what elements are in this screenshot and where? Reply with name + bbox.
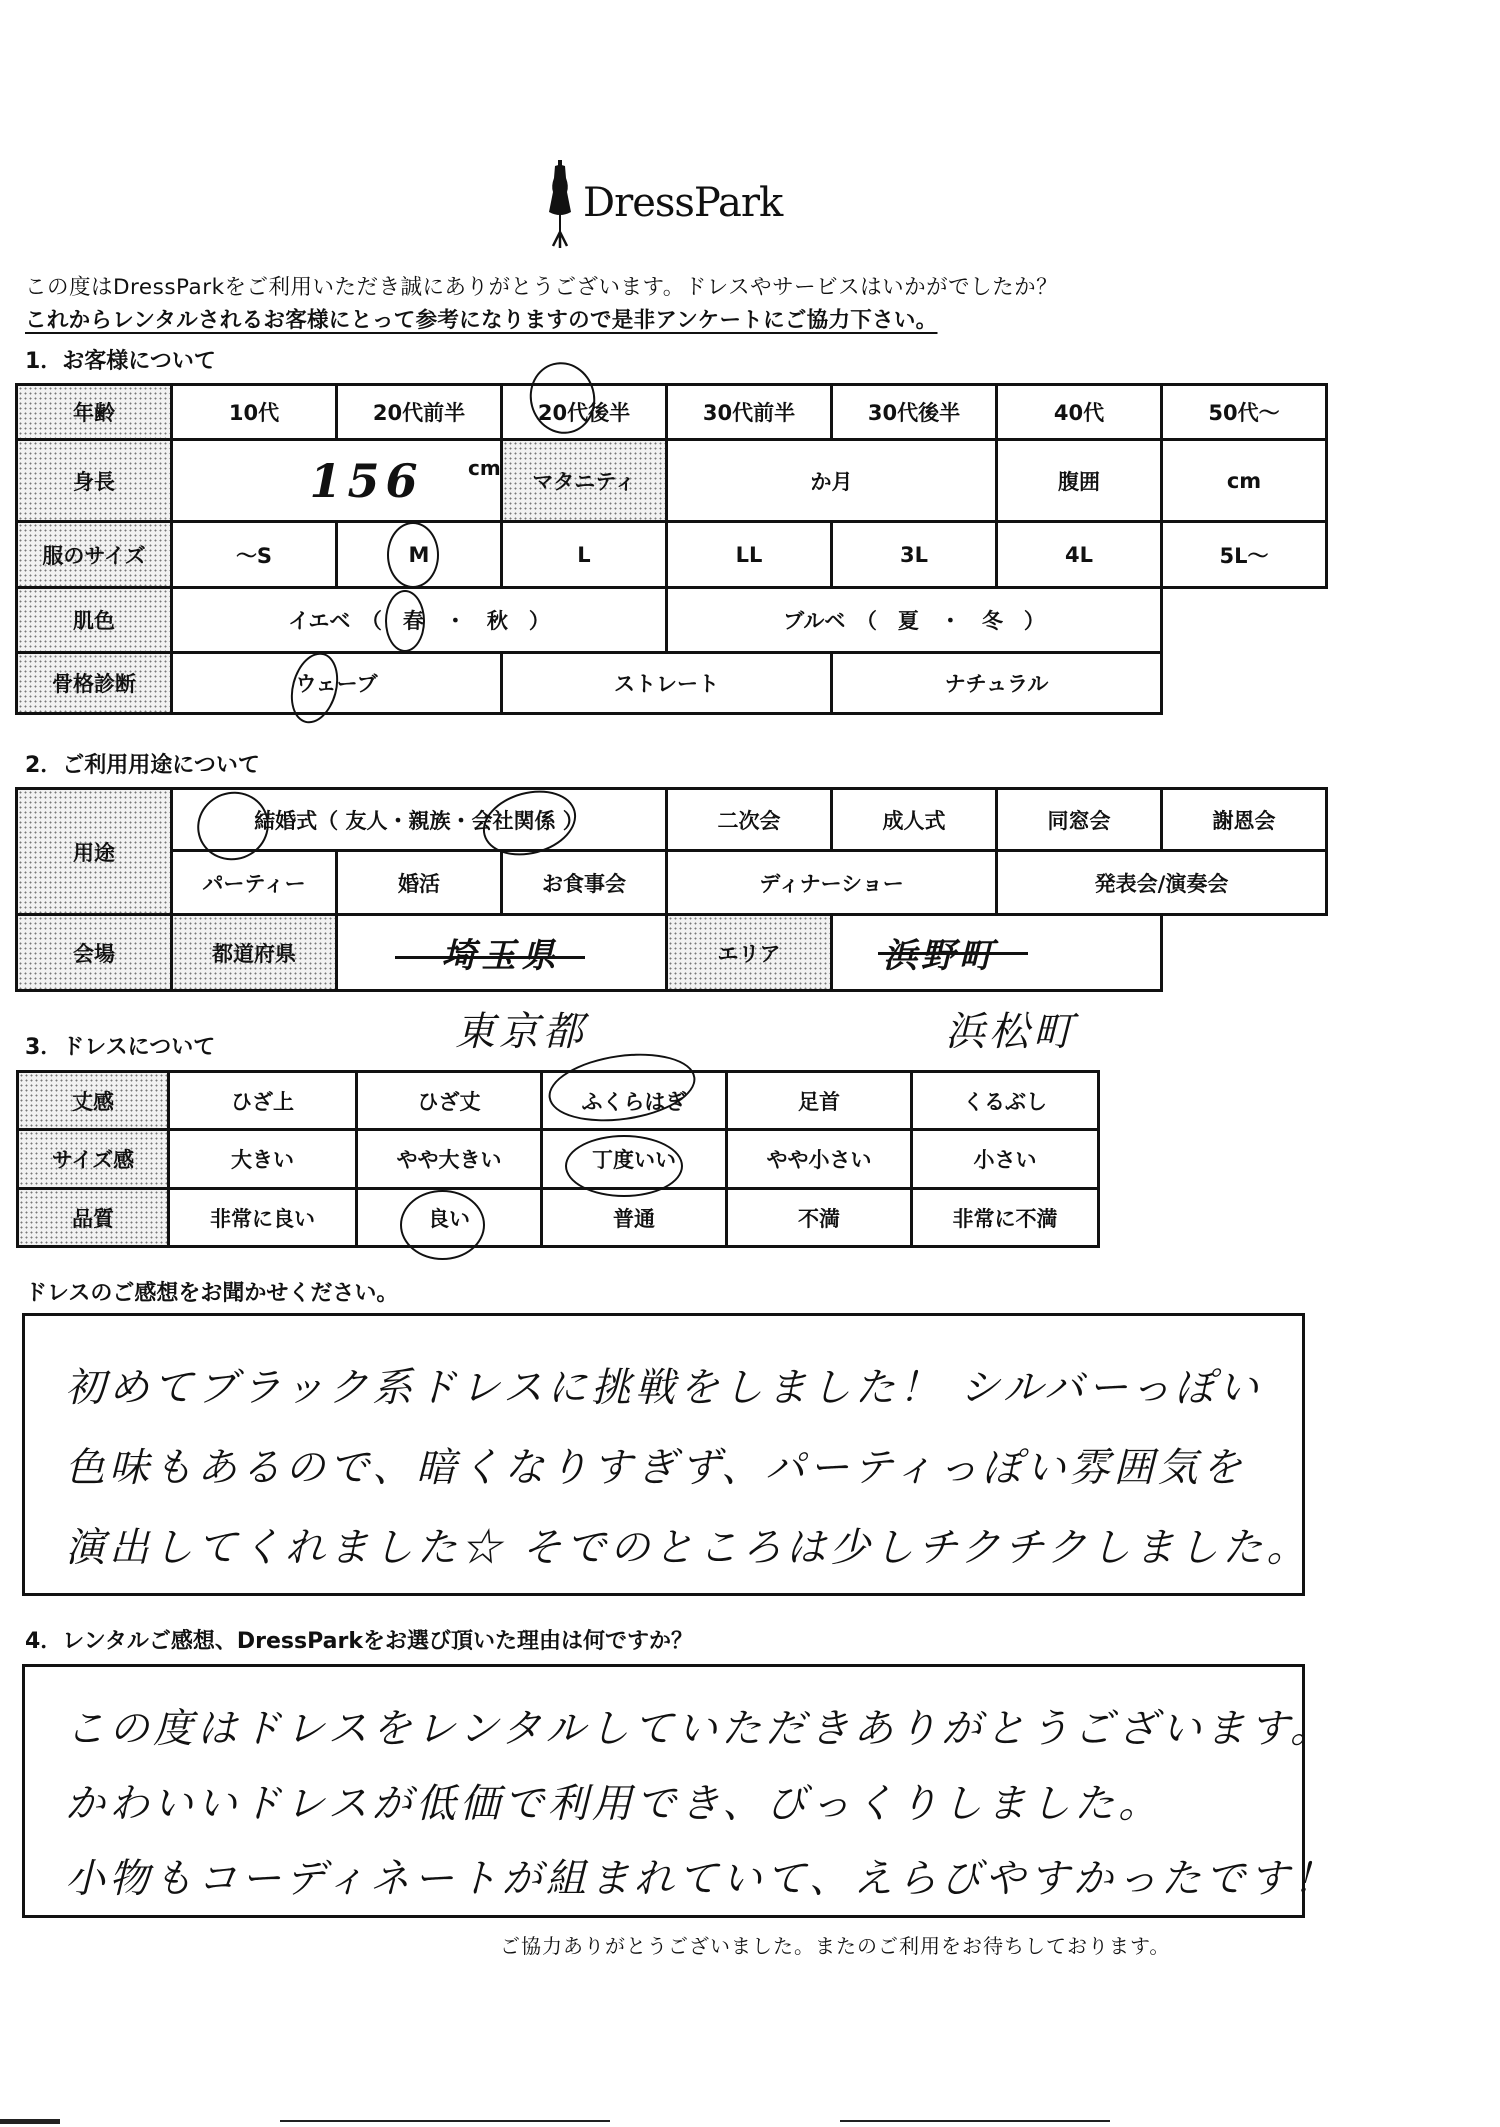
fit-option[interactable]: 小さい <box>910 1128 1100 1190</box>
skin-yellow-base-option[interactable]: イエベ （ 春 ・ 秋 ） <box>170 586 668 654</box>
dress-feedback-heading: ドレスのご感想をお聞かせください。 <box>25 1276 398 1307</box>
fit-option[interactable]: やや大きい <box>355 1128 543 1190</box>
size-option[interactable]: ～S <box>170 520 338 589</box>
length-option[interactable]: くるぶし <box>910 1070 1100 1131</box>
area-label: エリア <box>665 913 833 992</box>
age-option[interactable]: 30代後半 <box>830 383 998 441</box>
area-corrected-value: 浜松町 <box>945 1000 1077 1057</box>
size-option[interactable]: L <box>500 520 668 589</box>
height-label: 身長 <box>15 438 173 523</box>
length-option[interactable]: ひざ丈 <box>355 1070 543 1131</box>
skin-label: 肌色 <box>15 586 173 654</box>
purpose-option[interactable]: 二次会 <box>665 787 833 852</box>
purpose-option[interactable]: 成人式 <box>830 787 998 852</box>
purpose-label: 用途 <box>15 787 173 916</box>
height-field[interactable]: 156 <box>170 438 503 523</box>
strikethrough-line <box>395 956 585 959</box>
footer-thanks: ご協力ありがとうございました。またのご利用をお待ちしております。 <box>500 1930 1170 1959</box>
fit-option[interactable]: 大きい <box>167 1128 358 1190</box>
belly-label: 腹囲 <box>995 438 1163 523</box>
size-option[interactable]: LL <box>665 520 833 589</box>
age-label: 年齢 <box>15 383 173 441</box>
length-option-selected[interactable]: ふくらはぎ <box>540 1070 728 1131</box>
purpose-option[interactable]: パーティー <box>170 849 338 916</box>
fit-option-selected[interactable]: 丁度いい <box>540 1128 728 1190</box>
length-label: 丈感 <box>16 1070 170 1131</box>
purpose-option[interactable]: ディナーショー <box>665 849 998 916</box>
prefecture-corrected-value: 東京都 <box>455 1000 587 1057</box>
prefecture-label: 都道府県 <box>170 913 338 992</box>
brand-name: DressPark <box>583 180 782 226</box>
quality-option[interactable]: 不満 <box>725 1187 913 1248</box>
reason-line: かわいいドレスが低価で利用でき、びっくりしました。 <box>65 1772 1162 1829</box>
prefecture-struck-value: 埼玉県 <box>442 928 562 977</box>
quality-label: 品質 <box>16 1187 170 1248</box>
age-option[interactable]: 40代 <box>995 383 1163 441</box>
purpose-option[interactable]: お食事会 <box>500 849 668 916</box>
age-option[interactable]: 20代前半 <box>335 383 503 441</box>
height-value: 156 <box>309 454 423 508</box>
reason-line: 小物もコーディネートが組まれていて、えらびやすかったです！ <box>65 1847 1337 1904</box>
length-option[interactable]: 足首 <box>725 1070 913 1131</box>
rental-reason-box[interactable]: この度はドレスをレンタルしていただきありがとうございます。 かわいいドレスが低価… <box>22 1664 1305 1918</box>
section1-heading: 1．お客様について <box>25 344 216 375</box>
section4-heading: 4．レンタルご感想、DressParkをお選び頂いた理由は何ですか？ <box>25 1624 693 1655</box>
body-type-option-selected[interactable]: ウェーブ <box>170 651 503 715</box>
quality-option[interactable]: 非常に良い <box>167 1187 358 1248</box>
section2-heading: 2．ご利用用途について <box>25 748 260 779</box>
length-option[interactable]: ひざ上 <box>167 1070 358 1131</box>
size-option[interactable]: 3L <box>830 520 998 589</box>
strikethrough-line <box>878 952 1028 955</box>
age-option[interactable]: 10代 <box>170 383 338 441</box>
quality-option[interactable]: 普通 <box>540 1187 728 1248</box>
age-option[interactable]: 50代～ <box>1160 383 1328 441</box>
belly-unit: cm <box>1227 469 1261 493</box>
section3-heading: 3．ドレスについて <box>25 1030 215 1061</box>
body-type-option[interactable]: ナチュラル <box>830 651 1163 715</box>
skin-blue-base-option[interactable]: ブルベ （ 夏 ・ 冬 ） <box>665 586 1163 654</box>
fit-option[interactable]: やや小さい <box>725 1128 913 1190</box>
purpose-option[interactable]: 婚活 <box>335 849 503 916</box>
size-option-selected[interactable]: M <box>335 520 503 589</box>
dress-feedback-box[interactable]: 初めてブラック系ドレスに挑戦をしました！ シルバーっぽい 色味もあるので、暗くな… <box>22 1313 1305 1596</box>
feedback-line: 演出してくれました☆ そでのところは少しチクチクしました。 <box>65 1516 1311 1573</box>
fit-label: サイズ感 <box>16 1128 170 1190</box>
belly-field[interactable]: cm <box>1160 438 1328 523</box>
purpose-option[interactable]: 同窓会 <box>995 787 1163 852</box>
feedback-line: 色味もあるので、暗くなりすぎず、パーティっぽい雰囲気を <box>65 1436 1246 1493</box>
height-unit: cm <box>468 456 501 480</box>
months-unit: か月 <box>811 466 853 496</box>
feedback-line: 初めてブラック系ドレスに挑戦をしました！ シルバーっぽい <box>65 1356 1262 1413</box>
quality-option-selected[interactable]: 良い <box>355 1187 543 1248</box>
prefecture-field[interactable]: 埼玉県 <box>335 913 668 992</box>
age-option-selected[interactable]: 20代後半 <box>500 383 668 441</box>
intro-request: これからレンタルされるお客様にとって参考になりますので是非アンケートにご協力下さ… <box>25 303 938 334</box>
scan-edge-mark <box>280 2120 610 2122</box>
brand-logo: DressPark <box>545 160 785 252</box>
maternity-label: マタニティ <box>500 438 668 523</box>
dress-form-icon <box>545 160 575 250</box>
purpose-wedding-option[interactable]: 結婚式（ 友人・親族・会社関係 ） <box>170 787 668 852</box>
size-option[interactable]: 4L <box>995 520 1163 589</box>
purpose-option[interactable]: 発表会/演奏会 <box>995 849 1328 916</box>
reason-line: この度はドレスをレンタルしていただきありがとうございます。 <box>65 1697 1334 1754</box>
age-option[interactable]: 30代前半 <box>665 383 833 441</box>
purpose-option[interactable]: 謝恩会 <box>1160 787 1328 852</box>
size-option[interactable]: 5L～ <box>1160 520 1328 589</box>
scan-edge-mark <box>0 2119 60 2124</box>
venue-label: 会場 <box>15 913 173 992</box>
quality-option[interactable]: 非常に不満 <box>910 1187 1100 1248</box>
body-type-option[interactable]: ストレート <box>500 651 833 715</box>
body-type-label: 骨格診断 <box>15 651 173 715</box>
size-label: 服のサイズ <box>15 520 173 589</box>
intro-thanks: この度はDressParkをご利用いただき誠にありがとうございます。ドレスやサー… <box>25 270 1058 301</box>
scan-edge-mark <box>840 2120 1110 2122</box>
maternity-months-field[interactable]: か月 <box>665 438 998 523</box>
